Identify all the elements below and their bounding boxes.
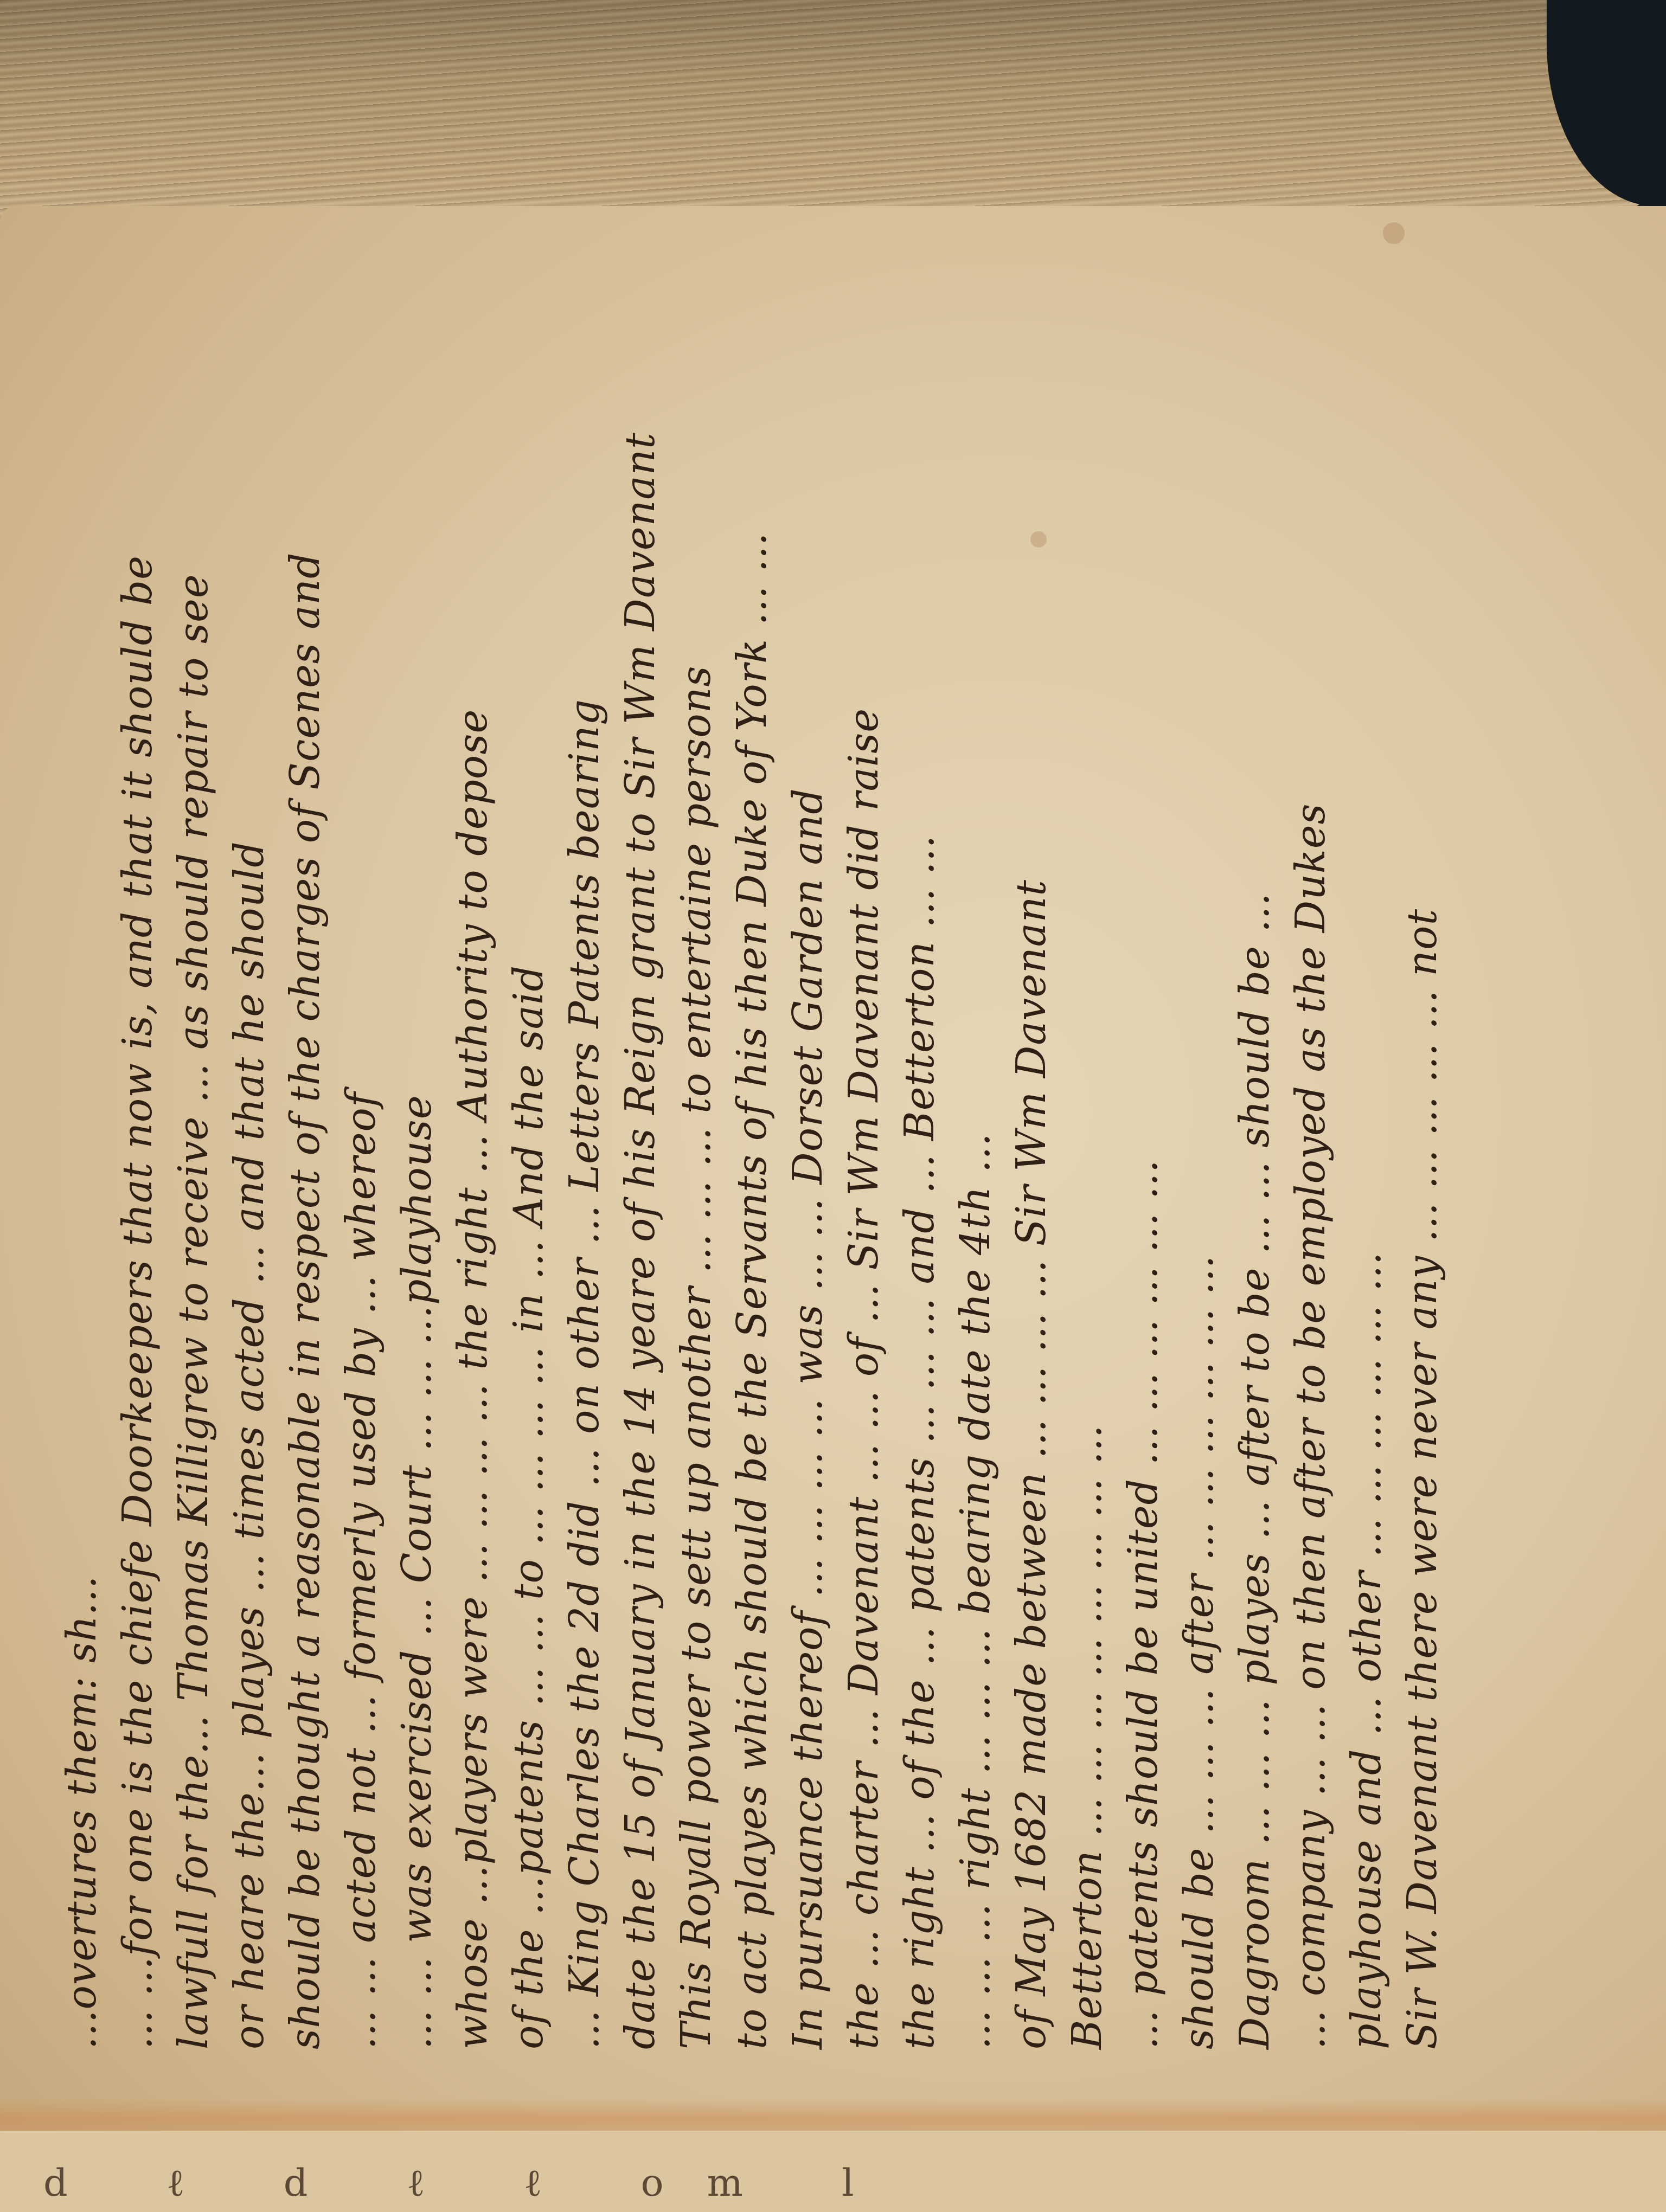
manuscript-line: of May 1682 made between ... ... ... ...… bbox=[1004, 260, 1060, 2049]
manuscript-text: ...overtures them: sh... ... ...for one … bbox=[54, 260, 1451, 2049]
facing-page-text: d ℓ d ℓ ℓ om l bbox=[43, 2160, 898, 2205]
manuscript-line: ... company ... ... on then after to be … bbox=[1283, 260, 1339, 2049]
manuscript-line: date the 15 of January in the 14 yeare o… bbox=[613, 260, 669, 2049]
manuscript-line: ... ... was exercised ... Court ... ... … bbox=[389, 260, 445, 2049]
manuscript-line: whose ...players were ... ... ... ... th… bbox=[445, 260, 501, 2049]
manuscript-line: or heare the... playes ... times acted .… bbox=[222, 260, 278, 2049]
manuscript-line: Sir W. Davenant there were never any ...… bbox=[1395, 260, 1451, 2049]
manuscript-line: ... patents should be united ... ... ...… bbox=[1116, 260, 1171, 2049]
manuscript-line: ... King Charles the 2d did ... on other… bbox=[557, 260, 613, 2049]
manuscript-line: This Royall power to sett up another ...… bbox=[669, 260, 725, 2049]
manuscript-line: ... ... acted not ... formerly used by .… bbox=[334, 260, 389, 2049]
manuscript-line: should be ... ... ... after ... ... ... … bbox=[1171, 260, 1227, 2049]
manuscript-line: Betterton ... ... ... ... ... ... ... ..… bbox=[1060, 260, 1116, 2049]
manuscript-line: lawfull for the... Thomas Killigrew to r… bbox=[166, 260, 222, 2049]
manuscript-line: Dagroom ... ... ... playes ... after to … bbox=[1227, 260, 1283, 2049]
manuscript-line: to act playes which should be the Servan… bbox=[725, 260, 780, 2049]
manuscript-line: of the ...patents ... ... to ... ... ...… bbox=[501, 260, 557, 2049]
manuscript-line: ... ... ... right ... ... ... bearing da… bbox=[948, 260, 1004, 2049]
manuscript-line: ...overtures them: sh... bbox=[54, 260, 110, 2049]
manuscript-line: should be thought a reasonable in respec… bbox=[278, 260, 334, 2049]
ink-stain bbox=[1383, 222, 1405, 244]
manuscript-line: the ... charter ... Davenant ... ... of … bbox=[836, 260, 892, 2049]
manuscript-line: In pursuance thereof ... ... ... ... was… bbox=[780, 260, 836, 2049]
manuscript-line: playhouse and ... other ... ... ... ... … bbox=[1339, 260, 1395, 2049]
manuscript-line: the right ... of the ... patents ... ...… bbox=[892, 260, 948, 2049]
manuscript-line: ... ...for one is the chiefe Doorkeepers… bbox=[110, 260, 166, 2049]
